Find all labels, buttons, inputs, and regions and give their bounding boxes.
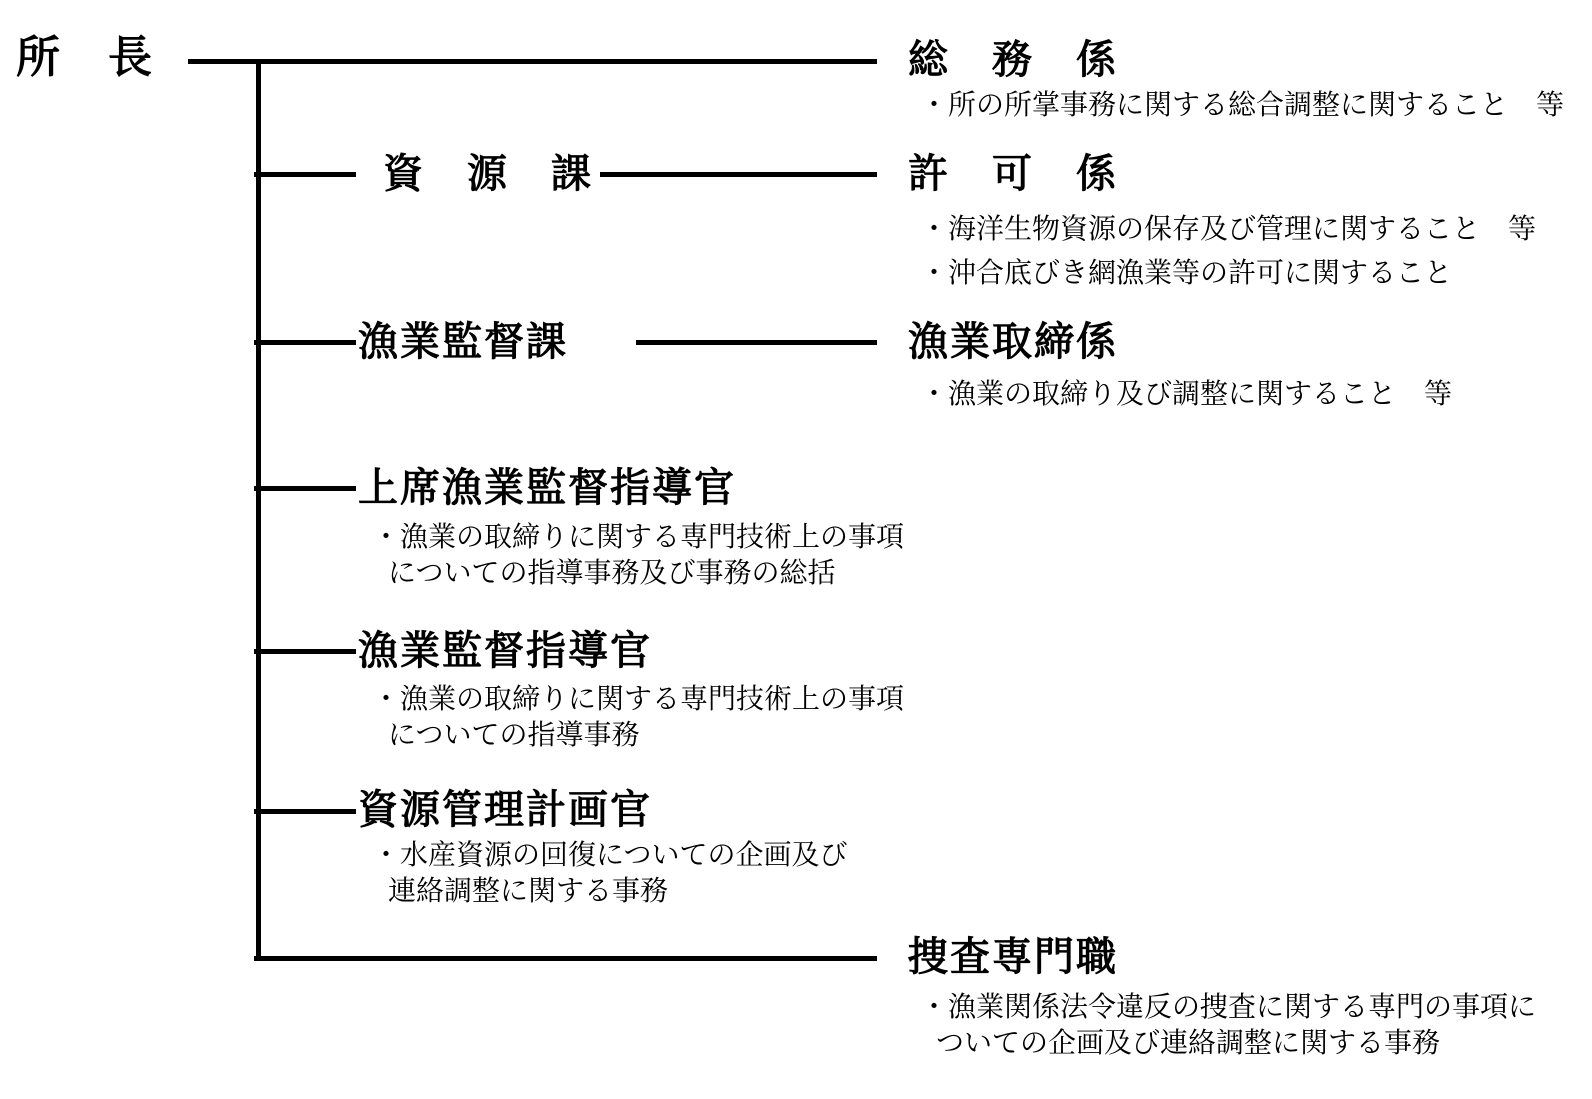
connector-shigenka-to-kyoka — [600, 172, 877, 177]
node-joseki-shidokan: 上席漁業監督指導官 — [358, 464, 736, 512]
duty-item: ・所の所掌事務に関する総合調整に関すること 等 — [920, 88, 1564, 124]
node-sosa-senmonshoku: 捜査専門職 — [908, 933, 1118, 981]
connector-branch-keikakukan — [254, 809, 356, 814]
node-shidokan: 漁業監督指導官 — [358, 627, 652, 675]
duty-item: ・沖合底びき網漁業等の許可に関すること — [920, 256, 1452, 292]
duties-somu-gakari: ・所の所掌事務に関する総合調整に関すること 等 — [920, 88, 1564, 124]
duties-sosa-senmonshoku: ・漁業関係法令違反の捜査に関する専門の事項に ついての企画及び連絡調整に関する事… — [920, 990, 1536, 1062]
node-shigen-ka: 資 源 課 — [383, 150, 593, 198]
duties-joseki-shidokan: ・漁業の取締りに関する専門技術上の事項 についての指導事務及び事務の総括 — [372, 520, 904, 592]
duty-item: ・漁業の取締り及び調整に関すること 等 — [920, 377, 1452, 413]
node-gyogyo-torishimari-gakari: 漁業取締係 — [908, 318, 1118, 366]
duty-item: ・水産資源の回復についての企画及び — [372, 838, 847, 874]
duties-keikakukan: ・水産資源の回復についての企画及び 連絡調整に関する事務 — [372, 838, 847, 910]
node-director: 所 長 — [16, 34, 154, 82]
duty-item-kyoka-1: ・海洋生物資源の保存及び管理に関すること 等 — [920, 212, 1536, 248]
duty-item-continuation: ついての企画及び連絡調整に関する事務 — [920, 1026, 1536, 1062]
duty-item: ・漁業の取締りに関する専門技術上の事項 — [372, 520, 904, 556]
connector-director-to-somu — [188, 59, 877, 64]
duty-item: ・漁業の取締りに関する専門技術上の事項 — [372, 682, 904, 718]
connector-kantokuka-to-torishimari — [636, 340, 877, 345]
connector-branch-joseki-shidokan — [254, 486, 356, 491]
node-kyoka-gakari: 許 可 係 — [908, 150, 1118, 198]
node-keikakukan: 資源管理計画官 — [358, 786, 652, 834]
connector-trunk-vertical — [256, 59, 261, 961]
duties-torishimari: ・漁業の取締り及び調整に関すること 等 — [920, 377, 1452, 413]
duty-item-continuation: についての指導事務及び事務の総括 — [372, 556, 904, 592]
duty-item: ・漁業関係法令違反の捜査に関する専門の事項に — [920, 990, 1536, 1026]
duty-item-continuation: についての指導事務 — [372, 718, 904, 754]
org-chart: 所 長 総 務 係 ・所の所掌事務に関する総合調整に関すること 等 資 源 課 … — [0, 0, 1592, 1099]
node-somu-gakari: 総 務 係 — [908, 36, 1118, 84]
connector-branch-shigenka — [254, 172, 356, 177]
connector-trunk-to-sosasenmonshoku — [254, 956, 877, 961]
duty-item-kyoka-2: ・沖合底びき網漁業等の許可に関すること — [920, 256, 1452, 292]
duties-shidokan: ・漁業の取締りに関する専門技術上の事項 についての指導事務 — [372, 682, 904, 754]
duty-item-continuation: 連絡調整に関する事務 — [372, 874, 847, 910]
connector-branch-kantokuka — [254, 340, 356, 345]
duty-item: ・海洋生物資源の保存及び管理に関すること 等 — [920, 212, 1536, 248]
node-gyogyo-kantoku-ka: 漁業監督課 — [358, 318, 568, 366]
connector-branch-shidokan — [254, 649, 356, 654]
